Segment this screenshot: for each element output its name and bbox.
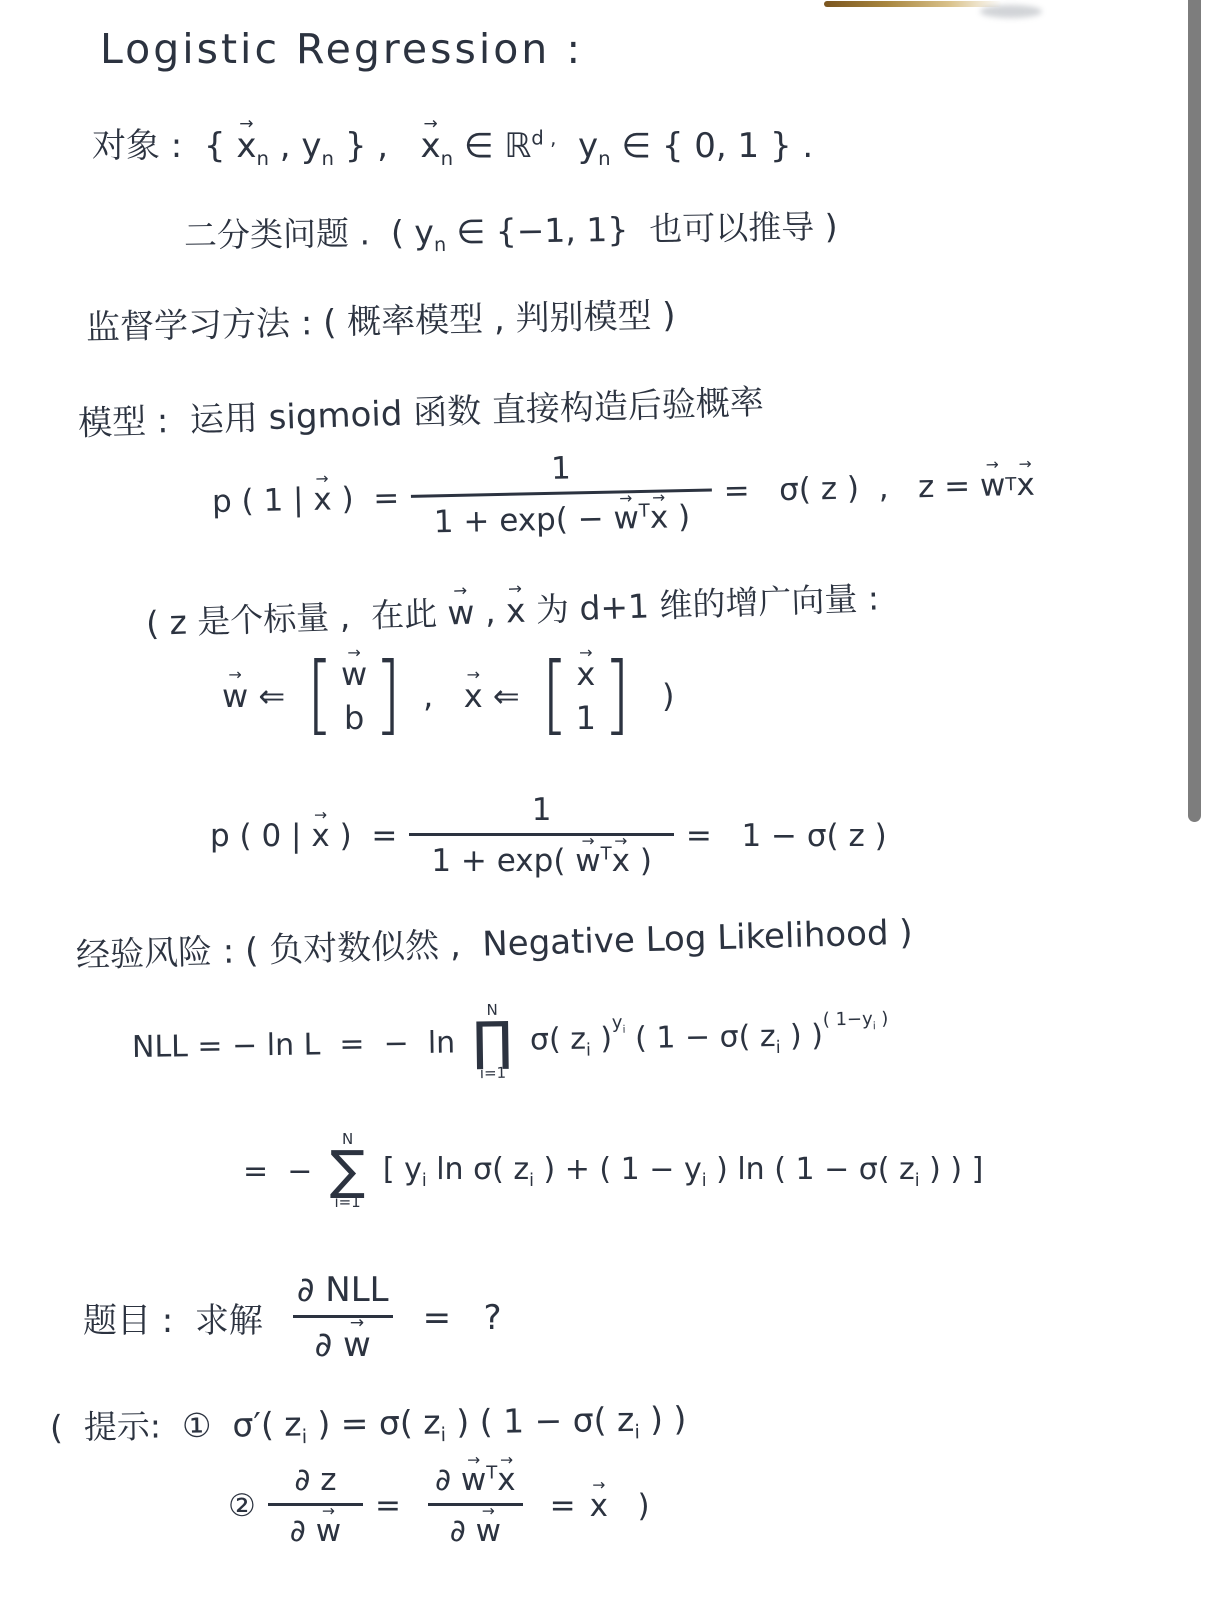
math-token: =	[550, 1488, 576, 1524]
vector-x: x	[421, 126, 441, 166]
sigmoid-fraction: 1 1 + exp( wTx )	[409, 792, 674, 879]
math-token: )	[591, 1021, 613, 1056]
vector-w: w	[980, 467, 1006, 504]
right-bracket: ]	[375, 657, 402, 735]
equals-question: = ?	[423, 1298, 502, 1338]
subscript-n: n	[598, 147, 611, 170]
numerator: 1	[529, 450, 594, 492]
math-token: 1 + exp( −	[433, 501, 613, 541]
denominator: ∂ w	[293, 1315, 393, 1365]
vector-x: x	[590, 1488, 608, 1524]
bias-b: b	[344, 699, 364, 737]
closing-paren: )	[608, 1488, 650, 1524]
subscript-n: n	[322, 147, 335, 170]
math-token	[556, 126, 578, 166]
vector-x: x	[612, 843, 630, 879]
y-symbol: y	[301, 126, 321, 166]
denominator: 1 + exp( wTx )	[409, 833, 674, 879]
lhs-p1: p ( 1 |	[212, 481, 314, 519]
vector-x: x	[313, 481, 332, 517]
closing-paren: )	[642, 677, 675, 715]
vector-w: w	[461, 1462, 486, 1498]
denominator: 1 + exp( − wTx )	[411, 489, 712, 541]
math-token: ∂	[450, 1513, 476, 1549]
empirical-risk-line: 经验风险 : ( 负对数似然 , Negative Log Likelihood…	[75, 905, 913, 977]
exponent-yi: yi	[612, 1012, 626, 1033]
vector-x: x	[497, 1462, 515, 1498]
math-token: ,	[269, 126, 301, 166]
note-text: ( z 是个标量 , 在此	[145, 593, 448, 643]
denominator: ∂ w	[268, 1503, 363, 1549]
page-title: Logistic Regression :	[100, 25, 583, 73]
math-token: ) =	[331, 480, 399, 517]
derivative-fraction: ∂ NLL ∂ w	[275, 1270, 411, 1365]
vector-w: w	[575, 843, 600, 879]
product-operator: N ∏ i=1	[472, 1003, 513, 1082]
math-token: ∂	[435, 1462, 461, 1498]
vector-x: x	[311, 818, 329, 854]
subscript-n: n	[441, 147, 454, 170]
math-token: = −	[243, 1154, 322, 1189]
math-token: ln ( 1 − σ( z	[728, 1152, 915, 1187]
math-token: σ( z	[379, 1403, 441, 1443]
vector-w: w	[613, 500, 639, 537]
math-token: )	[668, 499, 691, 535]
supervised-method-line: 监督学习方法 : ( 概率模型 , 判别模型 )	[85, 288, 676, 349]
math-token: ]	[962, 1152, 983, 1187]
dwx-dw-fraction: ∂ wTx ∂ w	[413, 1462, 538, 1549]
nll-lhs: NLL = − ln L = − ln	[132, 1025, 465, 1065]
math-token: σ( z	[520, 1021, 586, 1057]
math-token: ln σ( z	[427, 1152, 529, 1187]
lower-limit: i=1	[480, 1066, 506, 1081]
math-token: ) =	[330, 818, 398, 854]
superscript-d: d ,	[531, 127, 556, 150]
vector-w: w	[341, 655, 367, 693]
vector-w: w	[476, 1513, 501, 1549]
dz-dw-fraction: ∂ z ∂ w	[268, 1462, 363, 1549]
circled-2: ②	[228, 1488, 256, 1524]
math-token: )	[875, 1008, 888, 1029]
math-token: ) =	[307, 1403, 380, 1443]
nll-sum-formula: = − N ∑ i=1 [ yi ln σ( zi ) + ( 1 − yi )…	[243, 1132, 983, 1210]
math-token: 1 + exp(	[431, 843, 575, 879]
vector-x: x	[464, 677, 483, 715]
math-token: [	[373, 1152, 404, 1187]
sum-operator: N ∑ i=1	[330, 1132, 365, 1210]
vector-x: x	[649, 499, 668, 535]
formula-p0-given-x: p ( 0 | x ) = 1 1 + exp( wTx ) = 1 − σ( …	[210, 792, 887, 879]
math-token: =	[375, 1488, 401, 1524]
math-token: )	[534, 1152, 555, 1187]
hint-1-line: ( 提示: ① σ′( zi ) = σ( zi ) ( 1 − σ( zi )…	[50, 1393, 687, 1451]
vector-x: x	[1016, 466, 1035, 502]
formula-p1-given-x: p ( 1 | x ) = 1 1 + exp( − wTx ) = σ( z …	[211, 441, 1036, 545]
question-label: 题目 : 求解	[83, 1293, 263, 1342]
denominator: ∂ w	[428, 1503, 523, 1549]
one-minus-sigma: = 1 − σ( z )	[686, 818, 887, 854]
double-arrow-left-icon: ⇐	[248, 677, 295, 715]
sigma-prime: σ′( z	[232, 1404, 302, 1444]
math-token: ∂	[290, 1513, 316, 1549]
sigma-factor: σ( zi )yi ( 1 − σ( zi ) )( 1−yi )	[520, 1017, 889, 1061]
column-vector-w: [ wb ]	[303, 655, 405, 737]
hint-2-line: ② ∂ z ∂ w = ∂ wTx ∂ w = x )	[228, 1462, 650, 1549]
sum-body: [ yi ln σ( zi ) + ( 1 − yi ) ln ( 1 − σ(…	[373, 1152, 983, 1191]
vector-x: x	[576, 655, 595, 693]
subscript-i: i	[622, 1023, 625, 1035]
ink-streak	[824, 1, 1002, 7]
math-token: ) )	[920, 1152, 962, 1187]
math-token: ( 1 − y	[599, 1152, 701, 1187]
math-token: ∈ { 0, 1 } .	[611, 126, 814, 166]
vector-entries: wb	[341, 655, 367, 737]
sigmoid-fraction: 1 1 + exp( − wTx )	[410, 448, 712, 541]
numerator: 1	[510, 792, 574, 833]
math-token: ,	[474, 591, 507, 631]
smudge-mark	[980, 5, 1042, 18]
vector-w: w	[222, 677, 248, 715]
numerator: ∂ wTx	[413, 1462, 538, 1503]
z-definition: z =	[918, 467, 981, 504]
math-token: ∂	[315, 1325, 343, 1365]
binary-classification-line: 二分类问题 . ( yn ∈ {−1, 1} 也可以推导 )	[184, 201, 838, 260]
lower-limit: i=1	[334, 1195, 360, 1210]
equals-sigma-z: = σ( z ) ,	[723, 469, 918, 509]
math-token: ( 1−y	[823, 1008, 873, 1030]
exponent-1-minus-yi: ( 1−yi )	[823, 1008, 889, 1030]
objects-label: 对象 : {	[92, 126, 236, 166]
subscript-n: n	[434, 233, 446, 256]
left-bracket: [	[541, 657, 568, 735]
y-symbol: y	[404, 1152, 422, 1187]
math-token: ( 1 − σ( z	[469, 1400, 635, 1441]
math-token: )	[707, 1152, 728, 1187]
product-symbol: ∏	[472, 1018, 512, 1067]
math-token: y	[612, 1012, 623, 1033]
augmented-vectors-line: w ⇐ [ wb ] , x ⇐ [ x1 ] )	[222, 655, 675, 737]
vector-w: w	[447, 593, 475, 633]
math-token: +	[555, 1152, 599, 1187]
model-line: 模型 : 运用 sigmoid 函数 直接构造后验概率	[77, 374, 764, 445]
sum-symbol: ∑	[330, 1147, 365, 1195]
vector-entries: x1	[576, 655, 596, 737]
transpose-T: T	[486, 1463, 497, 1484]
vector-x: x	[505, 591, 526, 631]
numerator: ∂ NLL	[275, 1270, 411, 1315]
note-text: 为 d+1 维的增广向量 :	[525, 578, 880, 629]
handwritten-notes-page: Logistic Regression : 对象 : { xn , yn } ,…	[0, 0, 1206, 1603]
math-token: )	[446, 1402, 470, 1441]
scrollbar-thumb[interactable]	[1188, 0, 1201, 822]
math-token: } ,	[334, 126, 420, 166]
double-arrow-left-icon: ⇐	[483, 677, 530, 715]
numerator: ∂ z	[272, 1462, 358, 1503]
math-token: ∈ ℝ	[453, 126, 531, 166]
math-token: ) )	[780, 1018, 823, 1054]
question-line: 题目 : 求解 ∂ NLL ∂ w = ?	[83, 1270, 502, 1365]
right-bracket: ]	[603, 657, 630, 735]
left-bracket: [	[307, 657, 334, 735]
scalar-note-line: ( z 是个标量 , 在此 w , x 为 d+1 维的增广向量 :	[145, 572, 880, 645]
transpose-T: T	[601, 844, 612, 865]
column-vector-x: [ x1 ]	[538, 655, 634, 737]
binary-text: 二分类问题 . ( y	[184, 213, 434, 255]
lhs-p0: p ( 0 |	[210, 818, 311, 854]
vector-w: w	[316, 1513, 341, 1549]
one-entry: 1	[576, 699, 596, 737]
math-token: )	[630, 843, 652, 879]
objects-line: 对象 : { xn , yn } , xn ∈ ℝd , yn ∈ { 0, 1…	[92, 118, 813, 170]
math-token: ,	[413, 677, 464, 715]
binary-text: ∈ {−1, 1} 也可以推导 )	[446, 207, 838, 251]
y-symbol: y	[578, 126, 598, 166]
vector-x: x	[236, 126, 256, 166]
nll-product-formula: NLL = − ln L = − ln N ∏ i=1 σ( zi )yi ( …	[131, 997, 889, 1086]
vector-w: w	[343, 1325, 371, 1365]
hint-label: ( 提示: ①	[50, 1405, 233, 1447]
math-token: ) )	[639, 1399, 686, 1439]
math-token: ( 1 − σ( z	[625, 1019, 776, 1056]
transpose-T: T	[1005, 474, 1016, 495]
subscript-n: n	[256, 147, 269, 170]
transpose-T: T	[639, 501, 650, 522]
